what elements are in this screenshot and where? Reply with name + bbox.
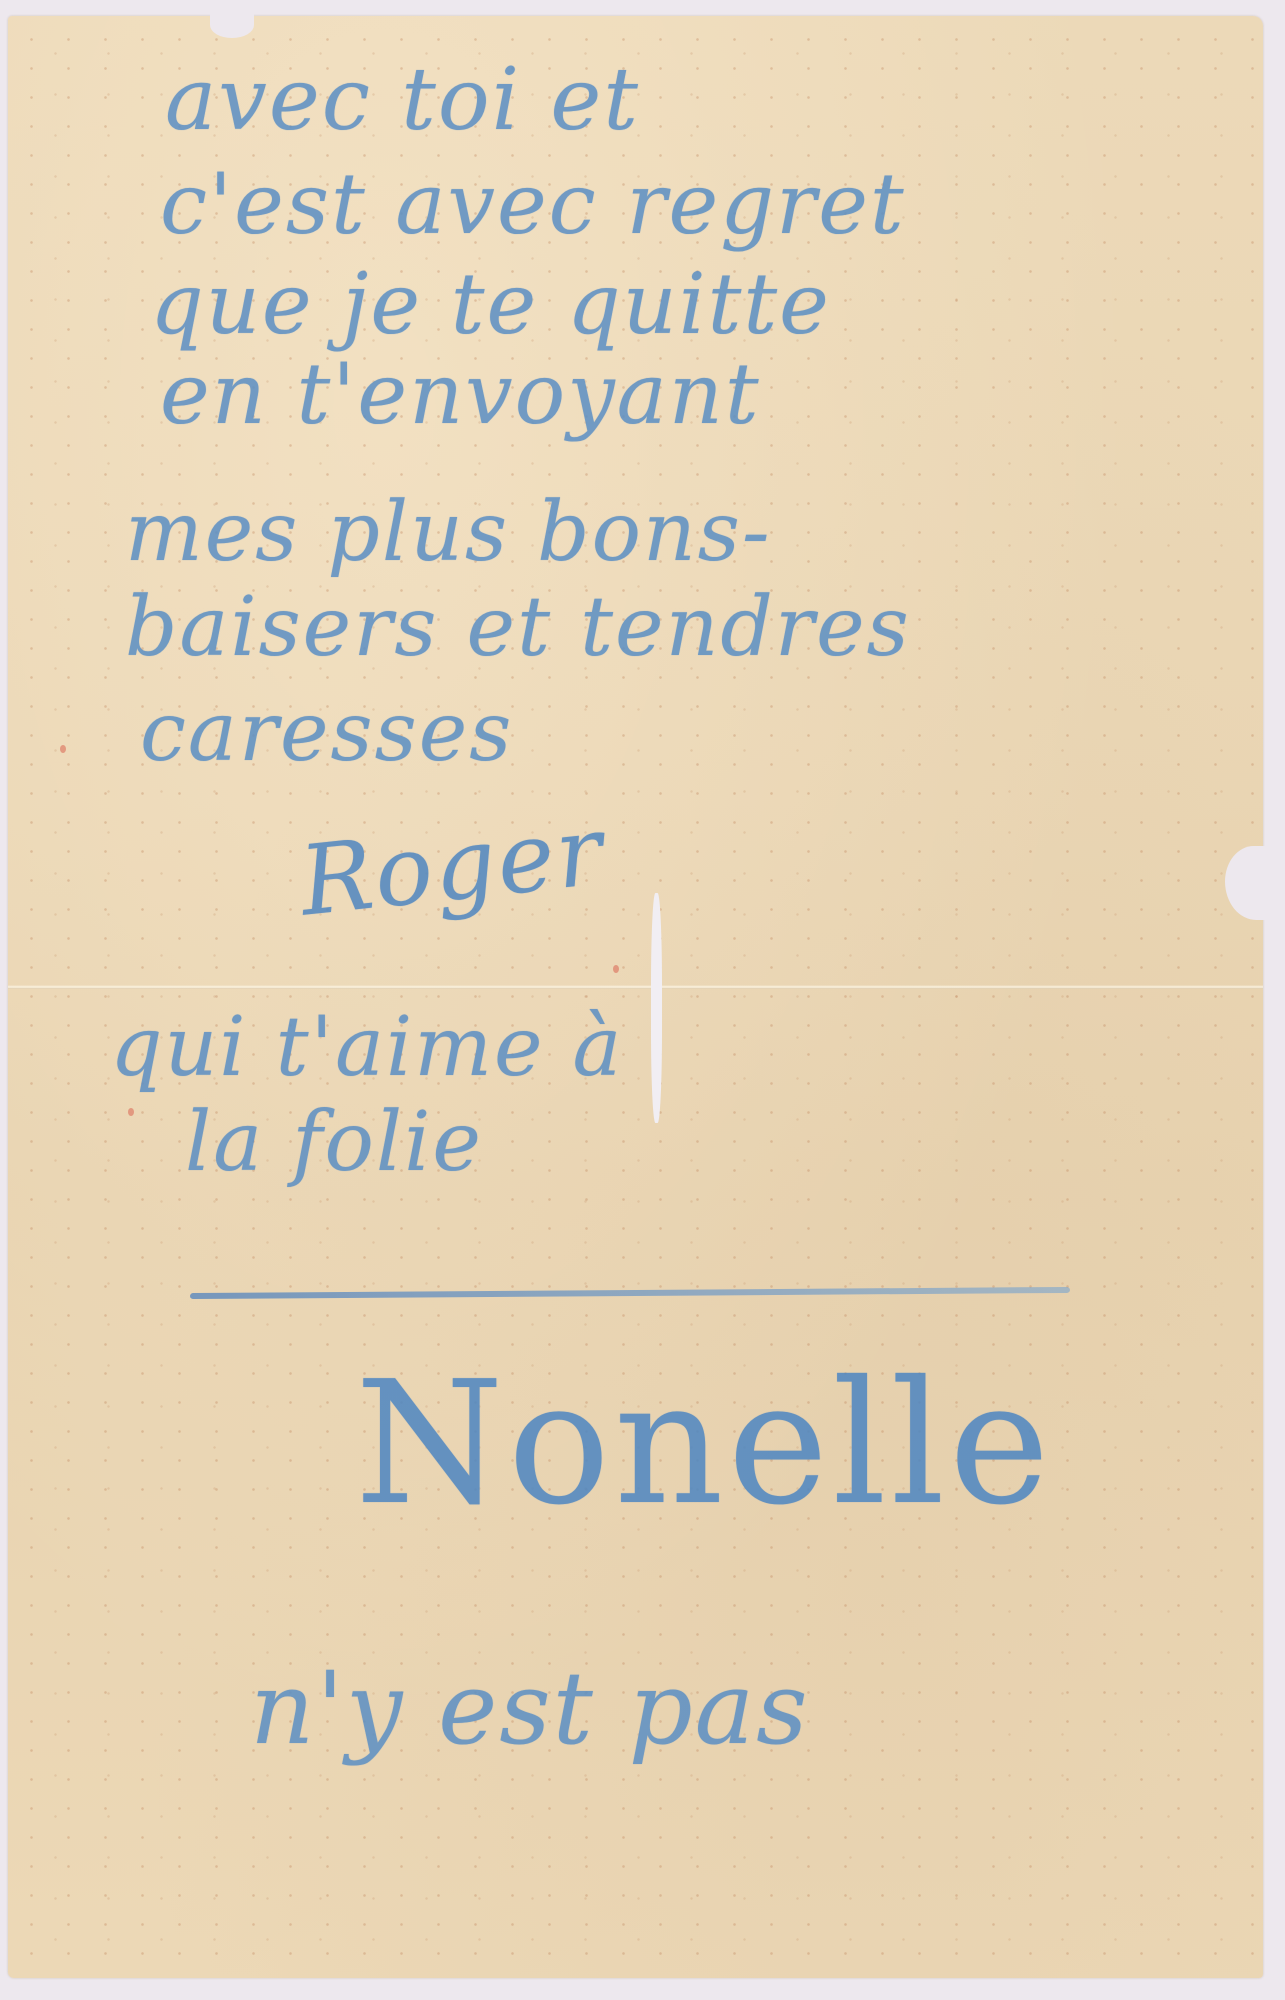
closing-line: qui t'aime à xyxy=(110,1000,623,1095)
letter-line: c'est avec regret xyxy=(160,155,906,253)
letter-line: que je te quitte xyxy=(150,255,831,353)
letter-line: en t'envoyant xyxy=(160,345,761,443)
letter-line: caresses xyxy=(140,685,513,780)
letter-line: mes plus bons- xyxy=(125,485,772,580)
paper-notch-top xyxy=(210,12,254,38)
paper-tear-right xyxy=(1225,846,1285,920)
red-stain xyxy=(60,745,66,753)
paper-slit-tear xyxy=(651,893,662,1123)
red-stain xyxy=(613,965,619,973)
postscript-name: Nonelle xyxy=(355,1345,1054,1543)
fold-crease xyxy=(8,985,1263,989)
red-stain xyxy=(128,1108,134,1116)
letter-line: baisers et tendres xyxy=(125,580,911,675)
letter-line: avec toi et xyxy=(165,50,640,150)
closing-line: la folie xyxy=(185,1095,483,1190)
postscript-text: n'y est pas xyxy=(250,1650,810,1767)
